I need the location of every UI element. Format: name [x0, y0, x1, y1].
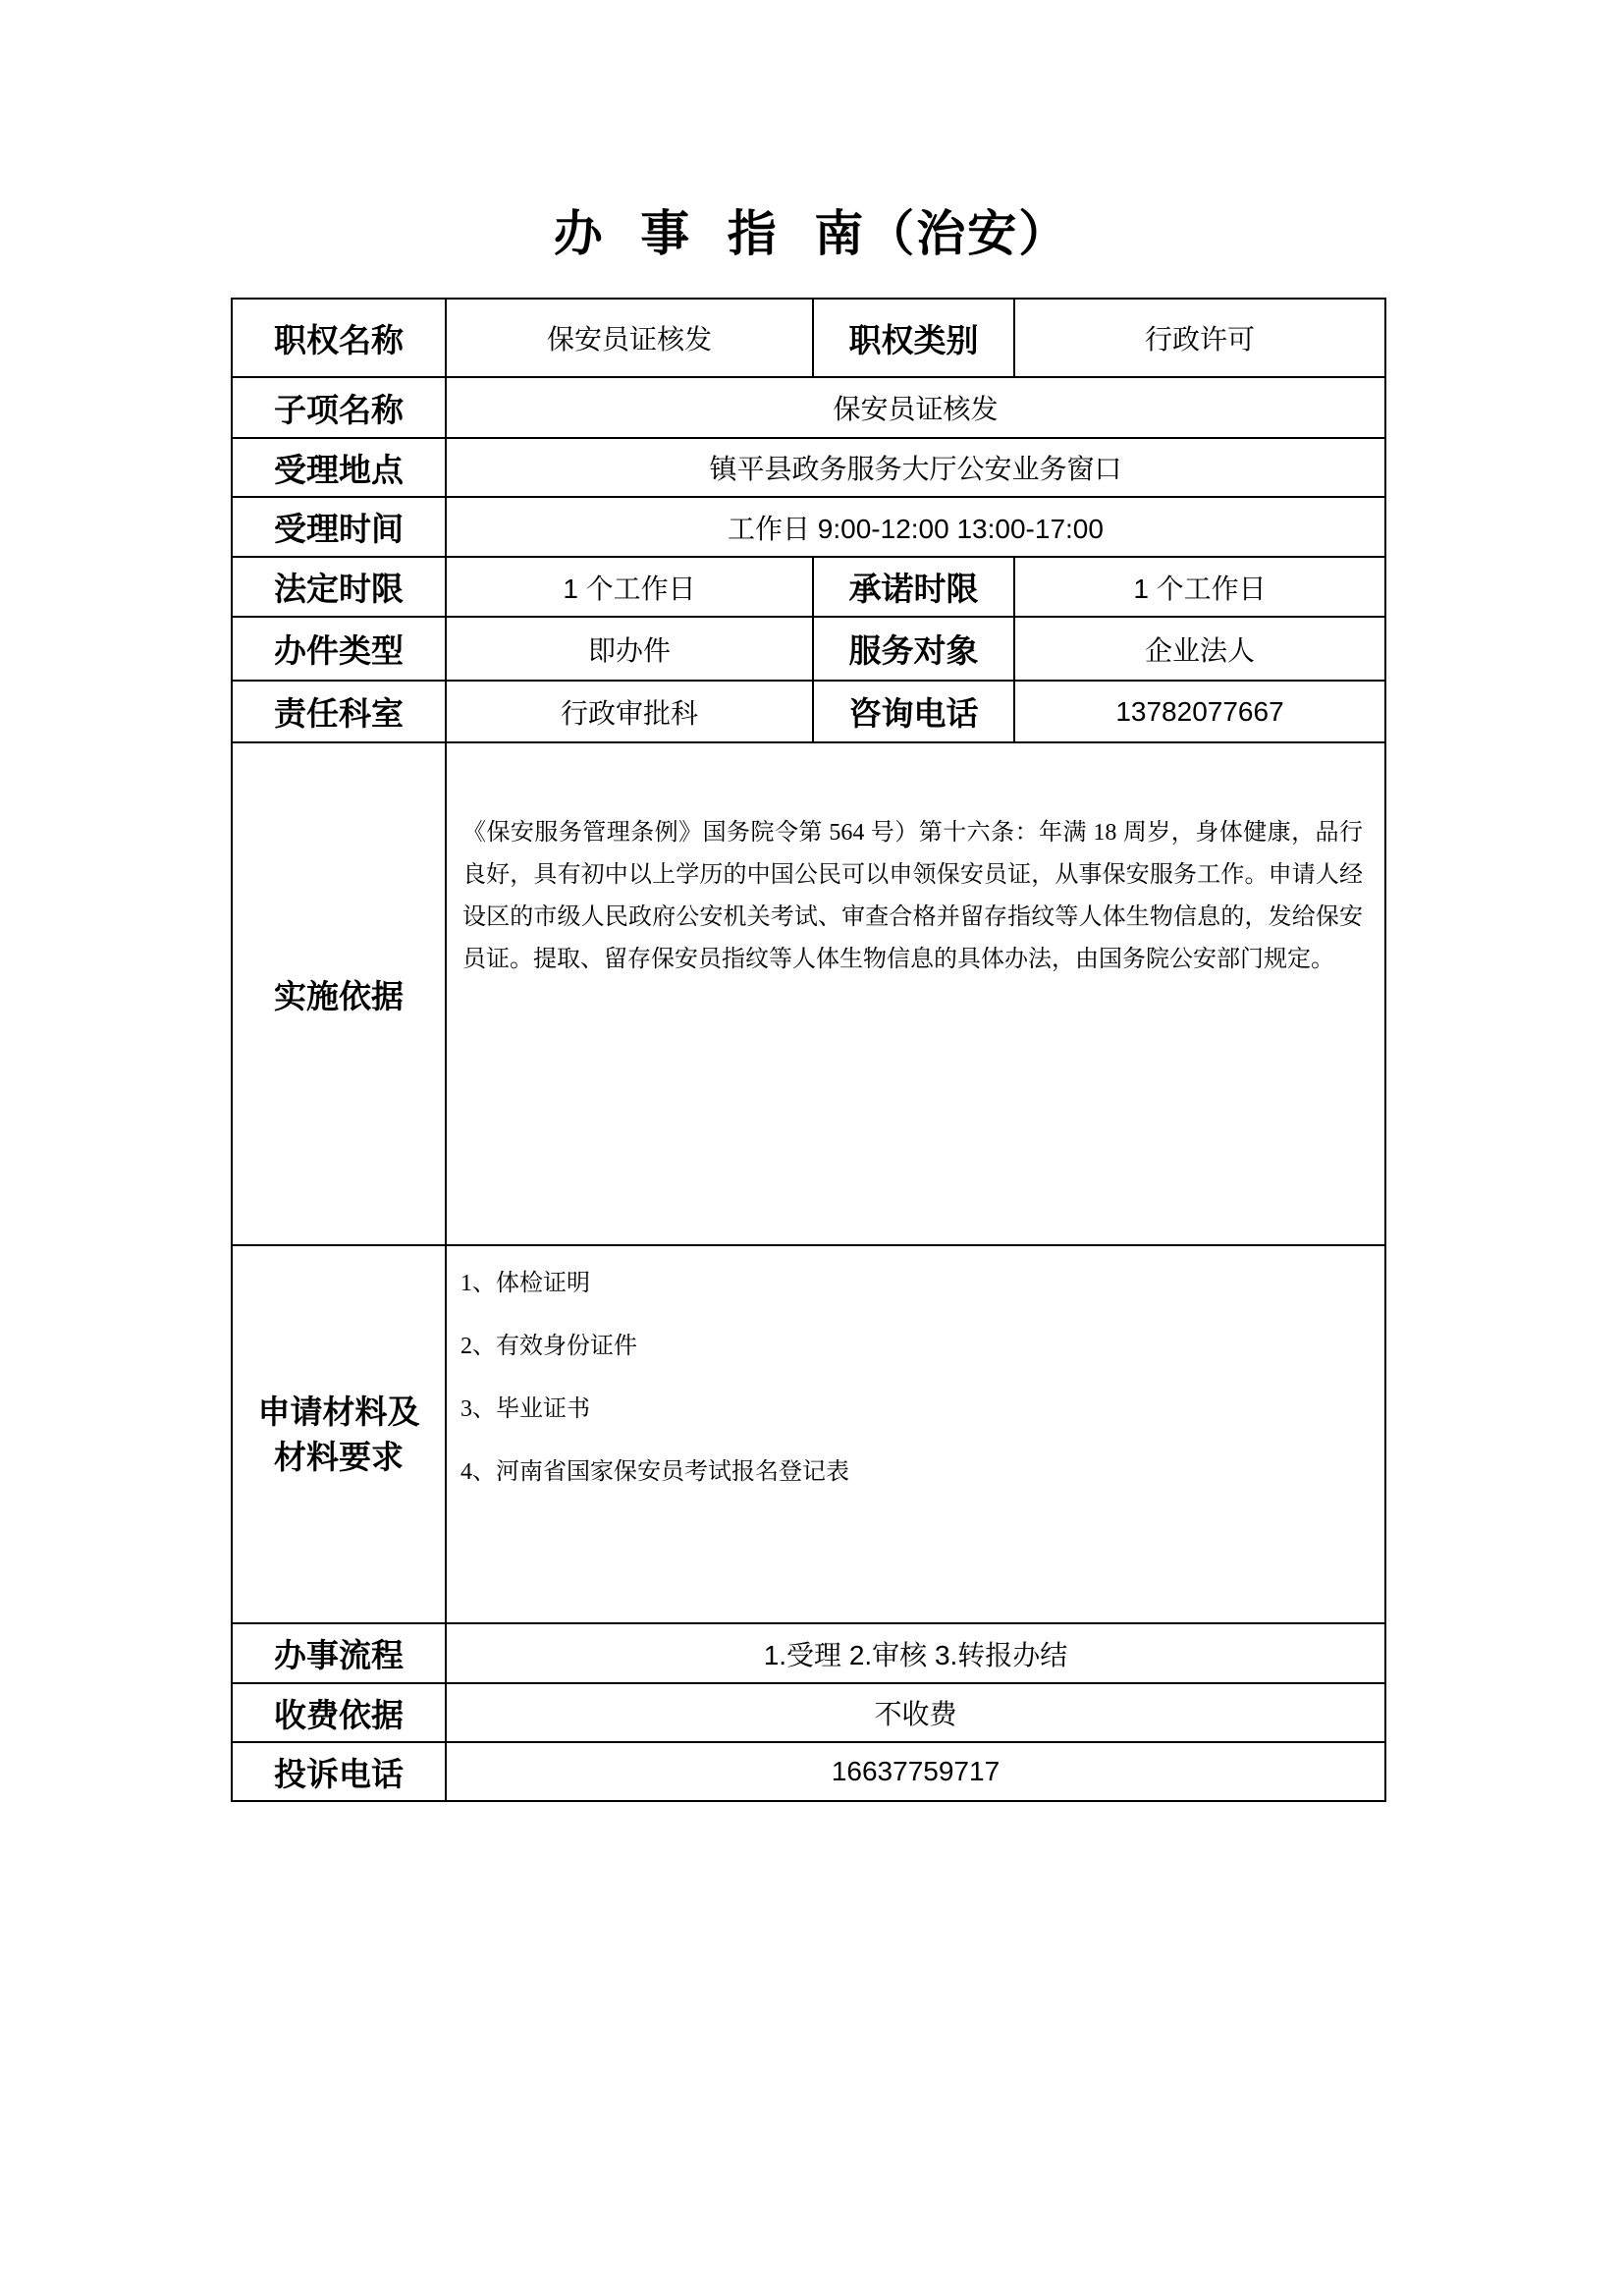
- value-application-materials: 1、体检证明 2、有效身份证件 3、毕业证书 4、河南省国家保安员考试报名登记表: [446, 1245, 1385, 1623]
- material-item: 3、毕业证书: [460, 1394, 1363, 1425]
- row-complaint-phone: 投诉电话 16637759717: [232, 1742, 1385, 1801]
- label-promised-limit: 承诺时限: [813, 557, 1014, 617]
- label-statutory-limit: 法定时限: [232, 557, 446, 617]
- material-item: 4、河南省国家保安员考试报名登记表: [460, 1456, 1363, 1488]
- value-complaint-phone: 16637759717: [446, 1742, 1385, 1801]
- value-statutory-limit: 1 个工作日: [446, 557, 813, 617]
- material-item: 2、有效身份证件: [460, 1331, 1363, 1362]
- label-responsible-dept: 责任科室: [232, 681, 446, 742]
- label-process: 办事流程: [232, 1623, 446, 1683]
- label-complaint-phone: 投诉电话: [232, 1742, 446, 1801]
- label-subitem-name: 子项名称: [232, 377, 446, 438]
- row-accept-time: 受理时间 工作日 9:00-12:00 13:00-17:00: [232, 497, 1385, 557]
- value-accept-time: 工作日 9:00-12:00 13:00-17:00: [446, 497, 1385, 557]
- row-item-type: 办件类型 即办件 服务对象 企业法人: [232, 617, 1385, 681]
- material-item: 1、体检证明: [460, 1268, 1363, 1299]
- value-promised-limit: 1 个工作日: [1014, 557, 1385, 617]
- row-subitem-name: 子项名称 保安员证核发: [232, 377, 1385, 438]
- value-process: 1.受理 2.审核 3.转报办结: [446, 1623, 1385, 1683]
- label-accept-time: 受理时间: [232, 497, 446, 557]
- label-fee-basis: 收费依据: [232, 1683, 446, 1742]
- row-implementation-basis: 实施依据 《保安服务管理条例》国务院令第 564 号）第十六条：年满 18 周岁…: [232, 742, 1385, 1245]
- value-service-target: 企业法人: [1014, 617, 1385, 681]
- row-time-limits: 法定时限 1 个工作日 承诺时限 1 个工作日: [232, 557, 1385, 617]
- value-subitem-name: 保安员证核发: [446, 377, 1385, 438]
- service-guide-table: 职权名称 保安员证核发 职权类别 行政许可 子项名称 保安员证核发 受理地点 镇…: [231, 298, 1386, 1802]
- row-application-materials: 申请材料及材料要求 1、体检证明 2、有效身份证件 3、毕业证书 4、河南省国家…: [232, 1245, 1385, 1623]
- page-title: 办 事 指 南（治安）: [0, 204, 1623, 263]
- row-authority: 职权名称 保安员证核发 职权类别 行政许可: [232, 299, 1385, 377]
- document-page: 办 事 指 南（治安） 职权名称 保安员证核发 职权类别 行政许可 子项名称 保…: [0, 0, 1623, 2296]
- label-application-materials: 申请材料及材料要求: [232, 1245, 446, 1623]
- row-accept-location: 受理地点 镇平县政务服务大厅公安业务窗口: [232, 438, 1385, 497]
- value-responsible-dept: 行政审批科: [446, 681, 813, 742]
- label-application-materials-text: 申请材料及材料要求: [254, 1390, 423, 1480]
- value-authority-name: 保安员证核发: [446, 299, 813, 377]
- row-responsible-dept: 责任科室 行政审批科 咨询电话 13782077667: [232, 681, 1385, 742]
- value-consult-phone: 13782077667: [1014, 681, 1385, 742]
- row-fee-basis: 收费依据 不收费: [232, 1683, 1385, 1742]
- label-authority-name: 职权名称: [232, 299, 446, 377]
- label-accept-location: 受理地点: [232, 438, 446, 497]
- label-consult-phone: 咨询电话: [813, 681, 1014, 742]
- value-authority-type: 行政许可: [1014, 299, 1385, 377]
- label-service-target: 服务对象: [813, 617, 1014, 681]
- label-authority-type: 职权类别: [813, 299, 1014, 377]
- value-accept-location: 镇平县政务服务大厅公安业务窗口: [446, 438, 1385, 497]
- label-implementation-basis: 实施依据: [232, 742, 446, 1245]
- value-item-type: 即办件: [446, 617, 813, 681]
- value-fee-basis: 不收费: [446, 1683, 1385, 1742]
- value-implementation-basis: 《保安服务管理条例》国务院令第 564 号）第十六条：年满 18 周岁，身体健康…: [446, 742, 1385, 1245]
- row-process: 办事流程 1.受理 2.审核 3.转报办结: [232, 1623, 1385, 1683]
- label-item-type: 办件类型: [232, 617, 446, 681]
